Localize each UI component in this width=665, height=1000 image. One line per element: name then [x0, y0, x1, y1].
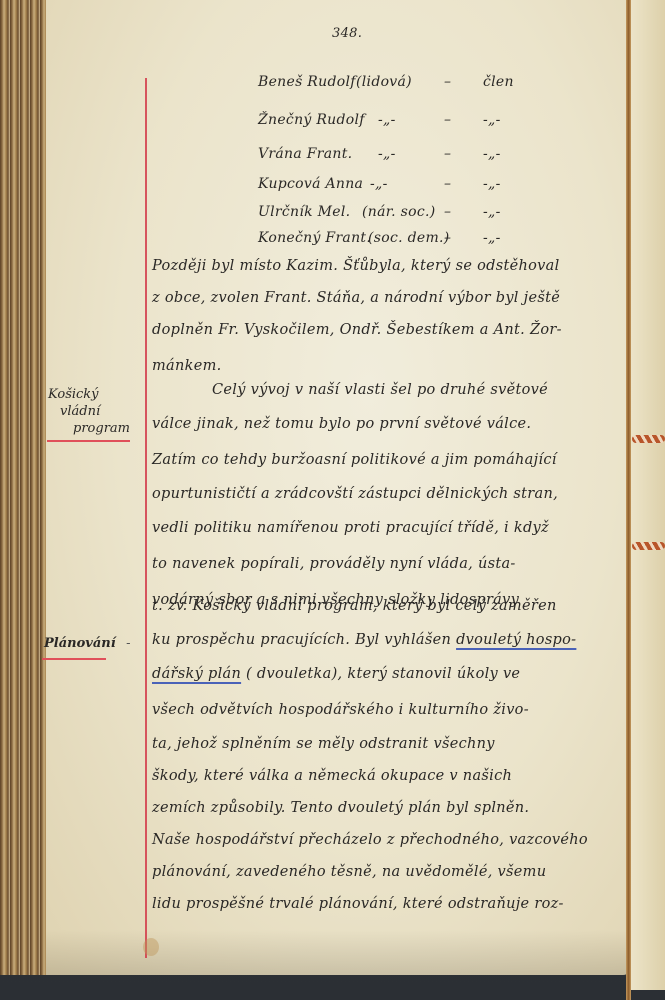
margin-note-line: Plánování — [44, 636, 116, 651]
member-party: -„- — [370, 176, 388, 192]
text-line: zemích způsobily. Tento dvouletý plán by… — [152, 800, 529, 816]
paper-stain — [143, 938, 159, 956]
text-line: ta, jehož splněním se měly odstranit vše… — [152, 736, 495, 752]
member-row: Vrána Frant. -„- – -„- — [258, 146, 352, 166]
text-line: opurtunističtí a zrádcovští zástupci děl… — [152, 486, 558, 502]
member-name: Konečný Frant. — [258, 230, 371, 246]
text-line: doplněn Fr. Vyskočilem, Ondř. Šebestíkem… — [152, 322, 562, 338]
member-name: Kupcová Anna — [258, 176, 363, 192]
member-role: -„- — [483, 230, 501, 246]
member-role: -„- — [483, 204, 501, 220]
text-line: dářský plán ( dvouletka), který stanovil… — [152, 666, 520, 682]
underlined-phrase: dářský plán — [152, 666, 241, 682]
text-line: Celý vývoj v naší vlasti šel po druhé sv… — [212, 382, 548, 398]
margin-note-kosicky-program: Košický vládní program — [40, 386, 130, 437]
member-dash: – — [444, 176, 451, 192]
margin-note-line: program — [40, 420, 130, 437]
member-party: (soc. dem.) — [368, 230, 450, 246]
underlined-phrase: dvouletý hospo- — [456, 632, 576, 648]
member-dash: – — [444, 74, 451, 90]
member-name: Beneš Rudolf — [258, 74, 356, 90]
text-line: mánkem. — [152, 358, 222, 374]
binding-thread — [632, 542, 665, 550]
member-party: -„- — [378, 112, 396, 128]
text-segment: ( dvouletka), který stanovil úkoly ve — [241, 666, 520, 682]
binding-thread — [632, 435, 665, 443]
text-line: škody, které válka a německá okupace v n… — [152, 768, 512, 784]
margin-note-line: Košický — [40, 386, 130, 403]
margin-note-line: vládní — [40, 403, 130, 420]
text-segment: ku prospěchu pracujících. Byl vyhlášen — [152, 632, 451, 648]
text-line: z obce, zvolen Frant. Stáňa, a národní v… — [152, 290, 560, 306]
text-line: vedli politiku namířenou proti pracující… — [152, 520, 549, 536]
member-role: člen — [483, 74, 514, 90]
member-name: Žnečný Rudolf — [258, 112, 365, 128]
book-page-edges — [0, 0, 48, 975]
member-role: -„- — [483, 112, 501, 128]
text-line: plánování, zavedeného těsně, na uvědoměl… — [152, 864, 546, 880]
red-margin-line — [145, 78, 147, 958]
text-line: ku prospěchu pracujících. Byl vyhlášen d… — [152, 632, 576, 648]
text-line: lidu prospěšné trvalé plánování, které o… — [152, 896, 564, 912]
page-curl-shadow — [46, 930, 631, 975]
member-dash: – — [444, 112, 451, 128]
member-role: -„- — [483, 176, 501, 192]
member-dash: – — [444, 146, 451, 162]
text-line: Později byl místo Kazim. Šťůbyla, který … — [152, 258, 560, 274]
member-row: Ulrčník Mel. (nár. soc.) – -„- — [258, 204, 350, 224]
margin-note-planovani: Plánování - — [44, 636, 131, 651]
member-name: Vrána Frant. — [258, 146, 352, 162]
member-party: (nár. soc.) — [362, 204, 436, 220]
member-party: -„- — [378, 146, 396, 162]
text-line: válce jinak, než tomu bylo po první svět… — [152, 416, 531, 432]
member-row: Beneš Rudolf (lidová) – člen — [258, 74, 356, 94]
member-row: Konečný Frant. (soc. dem.) – -„- — [258, 230, 371, 250]
margin-note-underline — [47, 440, 130, 442]
text-line: všech odvětvích hospodářského i kulturní… — [152, 702, 529, 718]
text-line: Zatím co tehdy buržoasní politikové a ji… — [152, 452, 557, 468]
member-role: -„- — [483, 146, 501, 162]
facing-page-edge — [631, 0, 665, 990]
member-party: (lidová) — [356, 74, 412, 90]
text-line: t. zv. Košický vládní program, který byl… — [152, 598, 557, 614]
member-dash: – — [444, 230, 451, 246]
member-dash: – — [444, 204, 451, 220]
text-line: to navenek popírali, prováděly nyní vlád… — [152, 556, 516, 572]
member-row: Kupcová Anna -„- – -„- — [258, 176, 363, 196]
chronicle-photo: 348. Beneš Rudolf (lidová) – člen Žnečný… — [0, 0, 665, 1000]
page-number: 348. — [332, 26, 362, 41]
text-line: Naše hospodářství přecházelo z přechodné… — [152, 832, 588, 848]
member-name: Ulrčník Mel. — [258, 204, 350, 220]
member-row: Žnečný Rudolf -„- – -„- — [258, 112, 365, 132]
margin-note-underline — [42, 658, 106, 660]
